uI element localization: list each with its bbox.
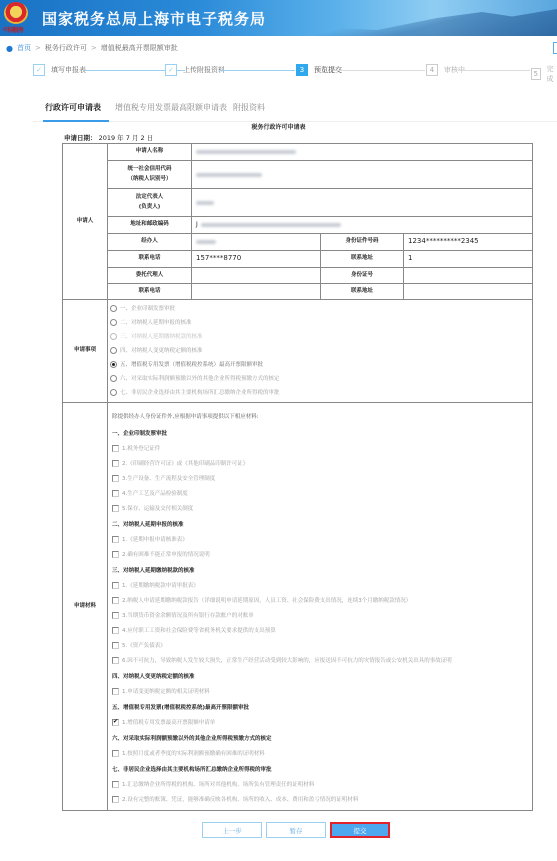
emblem-caption: 中国税务 [3, 25, 23, 34]
tab-invoice-limit-application[interactable]: 增值税专用发票最高限额申请表 [115, 100, 227, 122]
phone-value: 157****8770 [192, 251, 321, 268]
header-banner: 中国税务 国家税务总局上海市电子税务局 [0, 0, 557, 36]
contact-address-label: 联系地址 [321, 251, 404, 268]
checkbox[interactable] [112, 536, 119, 543]
checkbox[interactable] [112, 505, 119, 512]
tab-attachments[interactable]: 附报资料 [233, 100, 265, 122]
material-item[interactable]: 2.设有完整的账簿、凭证，能够准确反映各机构、场所的收入、成本、费用和盈亏情况的… [112, 795, 358, 803]
material-item[interactable]: 2.确有困难不能正常申报的情况说明 [112, 550, 210, 558]
id-number-value: 1234**********2345 [404, 234, 533, 251]
material-item[interactable]: 3.生产设备、生产流程及安全管理制度 [112, 474, 215, 482]
apply-date-label: 申请日期： [64, 134, 97, 142]
address-label: 地址和邮政编码 [108, 217, 192, 234]
material-item[interactable]: 5.保存、运输及交付相关制度 [112, 504, 193, 512]
matter-option[interactable]: 六、对采取实际利润额预缴以外的其他企业所得税预缴方式的核定 [110, 374, 280, 382]
step-connector [333, 70, 425, 71]
breadcrumb-separator: > [35, 44, 41, 52]
checkbox[interactable] [112, 445, 119, 452]
save-draft-button[interactable]: 暂存 [266, 822, 326, 838]
matters-section-label: 申请事项 [63, 300, 108, 403]
radio-button[interactable] [110, 389, 117, 396]
matter-option[interactable]: 三、对纳税人延期缴纳税款的核准 [110, 332, 203, 340]
apply-date-value: 2019 年 7 月 2 日 [99, 134, 154, 142]
site-title: 国家税务总局上海市电子税务局 [42, 8, 266, 29]
agent-phone-value [192, 284, 321, 300]
materials-group-title: 四、对纳税人变更纳税定额的核准 [112, 672, 195, 680]
check-icon: ✓ [33, 64, 45, 76]
radio-button[interactable] [110, 319, 117, 326]
side-button[interactable] [553, 42, 557, 54]
credit-code-label: 统一社会信用代码 （纳税人识别号） [108, 161, 192, 189]
materials-group-title: 五、增值税专用发票(增值税税控系统)最高开票限额审批 [112, 703, 249, 711]
material-item[interactable]: 3.当期货币资金余额情况及所有银行存款账户的对账单 [112, 611, 254, 619]
address-value: J [192, 217, 533, 234]
matter-option[interactable]: 七、非居民企业选择由其主要机构场所汇总缴纳企业所得税的审批 [110, 388, 280, 396]
breadcrumb-separator: > [91, 44, 97, 52]
material-item[interactable]: 1.按照月度或者季度的实际利润额预缴确有困难的证明材料 [112, 749, 265, 757]
materials-group-title: 七、非居民企业选择由其主要机构场所汇总缴纳企业所得税的审批 [112, 765, 272, 773]
step-connector [219, 70, 295, 71]
materials-group-title: 六、对采取实际利润额预缴以外的其他企业所得税预缴方式的核定 [112, 734, 272, 742]
material-item[interactable]: 2.《印刷经营许可证》或《其他印刷品印制许可证》 [112, 459, 248, 467]
matter-option[interactable]: 二、对纳税人延期申报的核准 [110, 318, 192, 326]
submit-button[interactable]: 提交 [330, 822, 390, 838]
material-item[interactable]: 2.纳税人申请延期缴纳税款报告（详细说明申请延期原因，人员工资、社会保险费支出情… [112, 596, 411, 604]
material-item[interactable]: 5.《资产负债表》 [112, 641, 166, 649]
radio-button[interactable] [110, 305, 117, 312]
checkbox[interactable] [112, 551, 119, 558]
contact-address-value: 1 [404, 251, 533, 268]
materials-group-title: 二、对纳税人延期申报的核准 [112, 520, 184, 528]
checkbox[interactable] [112, 627, 119, 634]
agent-address-label: 联系地址 [321, 284, 404, 300]
checkbox[interactable] [112, 460, 119, 467]
agent-label: 委托代理人 [108, 268, 192, 284]
material-item[interactable]: 6.因不可抗力，导致纳税人发生较大损失，正常生产经营活动受到较大影响的，应报送因… [112, 656, 452, 664]
matter-option-selected[interactable]: 五、增值税专用发票（增值税税控系统）最高开票限额审批 [110, 360, 263, 368]
materials-group-title: 一、企业印制发票审批 [112, 429, 167, 437]
checkbox[interactable] [112, 796, 119, 803]
breadcrumb-current: 增值税最高开票限额审批 [101, 43, 178, 53]
applicant-name-label: 申请人名称 [108, 144, 192, 161]
check-icon: ✓ [165, 64, 177, 76]
location-pin-icon: ● [6, 44, 13, 53]
step-2: ✓ 上传附报资料 [165, 64, 225, 76]
radio-button-selected[interactable] [110, 361, 117, 368]
checkbox[interactable] [112, 750, 119, 757]
checkbox-checked[interactable]: ✔ [112, 719, 119, 726]
material-item[interactable]: 1.申请变更纳税定额的相关证明材料 [112, 687, 210, 695]
radio-button[interactable] [110, 333, 117, 340]
form-title: 税务行政许可申请表 [0, 122, 557, 131]
id-number-label: 身份证件号码 [321, 234, 404, 251]
breadcrumb-item[interactable]: 税务行政许可 [45, 43, 87, 53]
checkbox[interactable] [112, 490, 119, 497]
material-item[interactable]: 1.汇总缴纳企业所得税的机构、场所对其他机构、场所负有管理责任的证明材料 [112, 780, 314, 788]
checkbox[interactable] [112, 612, 119, 619]
material-item[interactable]: 4.应付职工工资和社会保险费等省税务机关要求提供的支出预算 [112, 626, 276, 634]
checkbox[interactable] [112, 475, 119, 482]
phone-label: 联系电话 [108, 251, 192, 268]
step-1: ✓ 填写申报表 [33, 64, 86, 76]
agent-id-label: 身份证号 [321, 268, 404, 284]
credit-code-value [192, 161, 533, 189]
material-item[interactable]: 1.《延期缴纳税款申请审批表》 [112, 581, 199, 589]
prev-step-button[interactable]: 上一步 [202, 822, 262, 838]
matter-option[interactable]: 一、企业印制发票审批 [110, 304, 175, 312]
materials-section-label: 申请材料 [63, 403, 108, 811]
applicant-section-label: 申请人 [63, 144, 108, 300]
agent-id-value [404, 268, 533, 284]
checkbox[interactable] [112, 582, 119, 589]
legal-rep-value [192, 189, 533, 217]
checkbox[interactable] [112, 781, 119, 788]
agent-value [192, 268, 321, 284]
handler-label: 经办人 [108, 234, 192, 251]
checkbox[interactable] [112, 642, 119, 649]
checkbox[interactable] [112, 657, 119, 664]
breadcrumb-home[interactable]: 首页 [17, 43, 31, 53]
matter-option[interactable]: 四、对纳税人变更纳税定额的核准 [110, 346, 203, 354]
great-wall-decoration [257, 6, 557, 36]
radio-button[interactable] [110, 375, 117, 382]
progress-steps: ✓ 填写申报表 ✓ 上传附报资料 3 预览提交 4 审核中 5 完成 [33, 64, 557, 78]
materials-intro: 除提供经办人身份证件外,应根据申请事项提供以下相应材料: [112, 412, 259, 420]
agent-phone-label: 联系电话 [108, 284, 192, 300]
materials-group-title: 三、对纳税人延期缴纳税款的核准 [112, 566, 195, 574]
checkbox[interactable] [112, 597, 119, 604]
material-item[interactable]: 4.生产工艺及产品检验制度 [112, 489, 188, 497]
applicant-name-value [192, 144, 533, 161]
breadcrumb: ● 首页 > 税务行政许可 > 增值税最高开票限额审批 [6, 43, 178, 53]
radio-button[interactable] [110, 347, 117, 354]
tab-permit-application[interactable]: 行政许可申请表 [43, 100, 109, 122]
agent-address-value [404, 284, 533, 300]
handler-value [192, 234, 321, 251]
form-tabs: 行政许可申请表 增值税专用发票最高限额申请表 附报资料 [33, 100, 557, 122]
tax-emblem-icon [4, 2, 28, 24]
legal-rep-label: 法定代表人 (负责人) [108, 189, 192, 217]
material-item[interactable]: 1.税务登记证件 [112, 444, 160, 452]
apply-date: 申请日期： 2019 年 7 月 2 日 [64, 133, 153, 142]
step-connector [458, 70, 530, 71]
material-item[interactable]: 1.《延期申报申请核准表》 [112, 535, 188, 543]
checkbox[interactable] [112, 688, 119, 695]
material-item-checked[interactable]: ✔1.增值税专用发票最高开票限额申请单 [112, 718, 215, 726]
step-5: 5 完成 [531, 64, 557, 84]
